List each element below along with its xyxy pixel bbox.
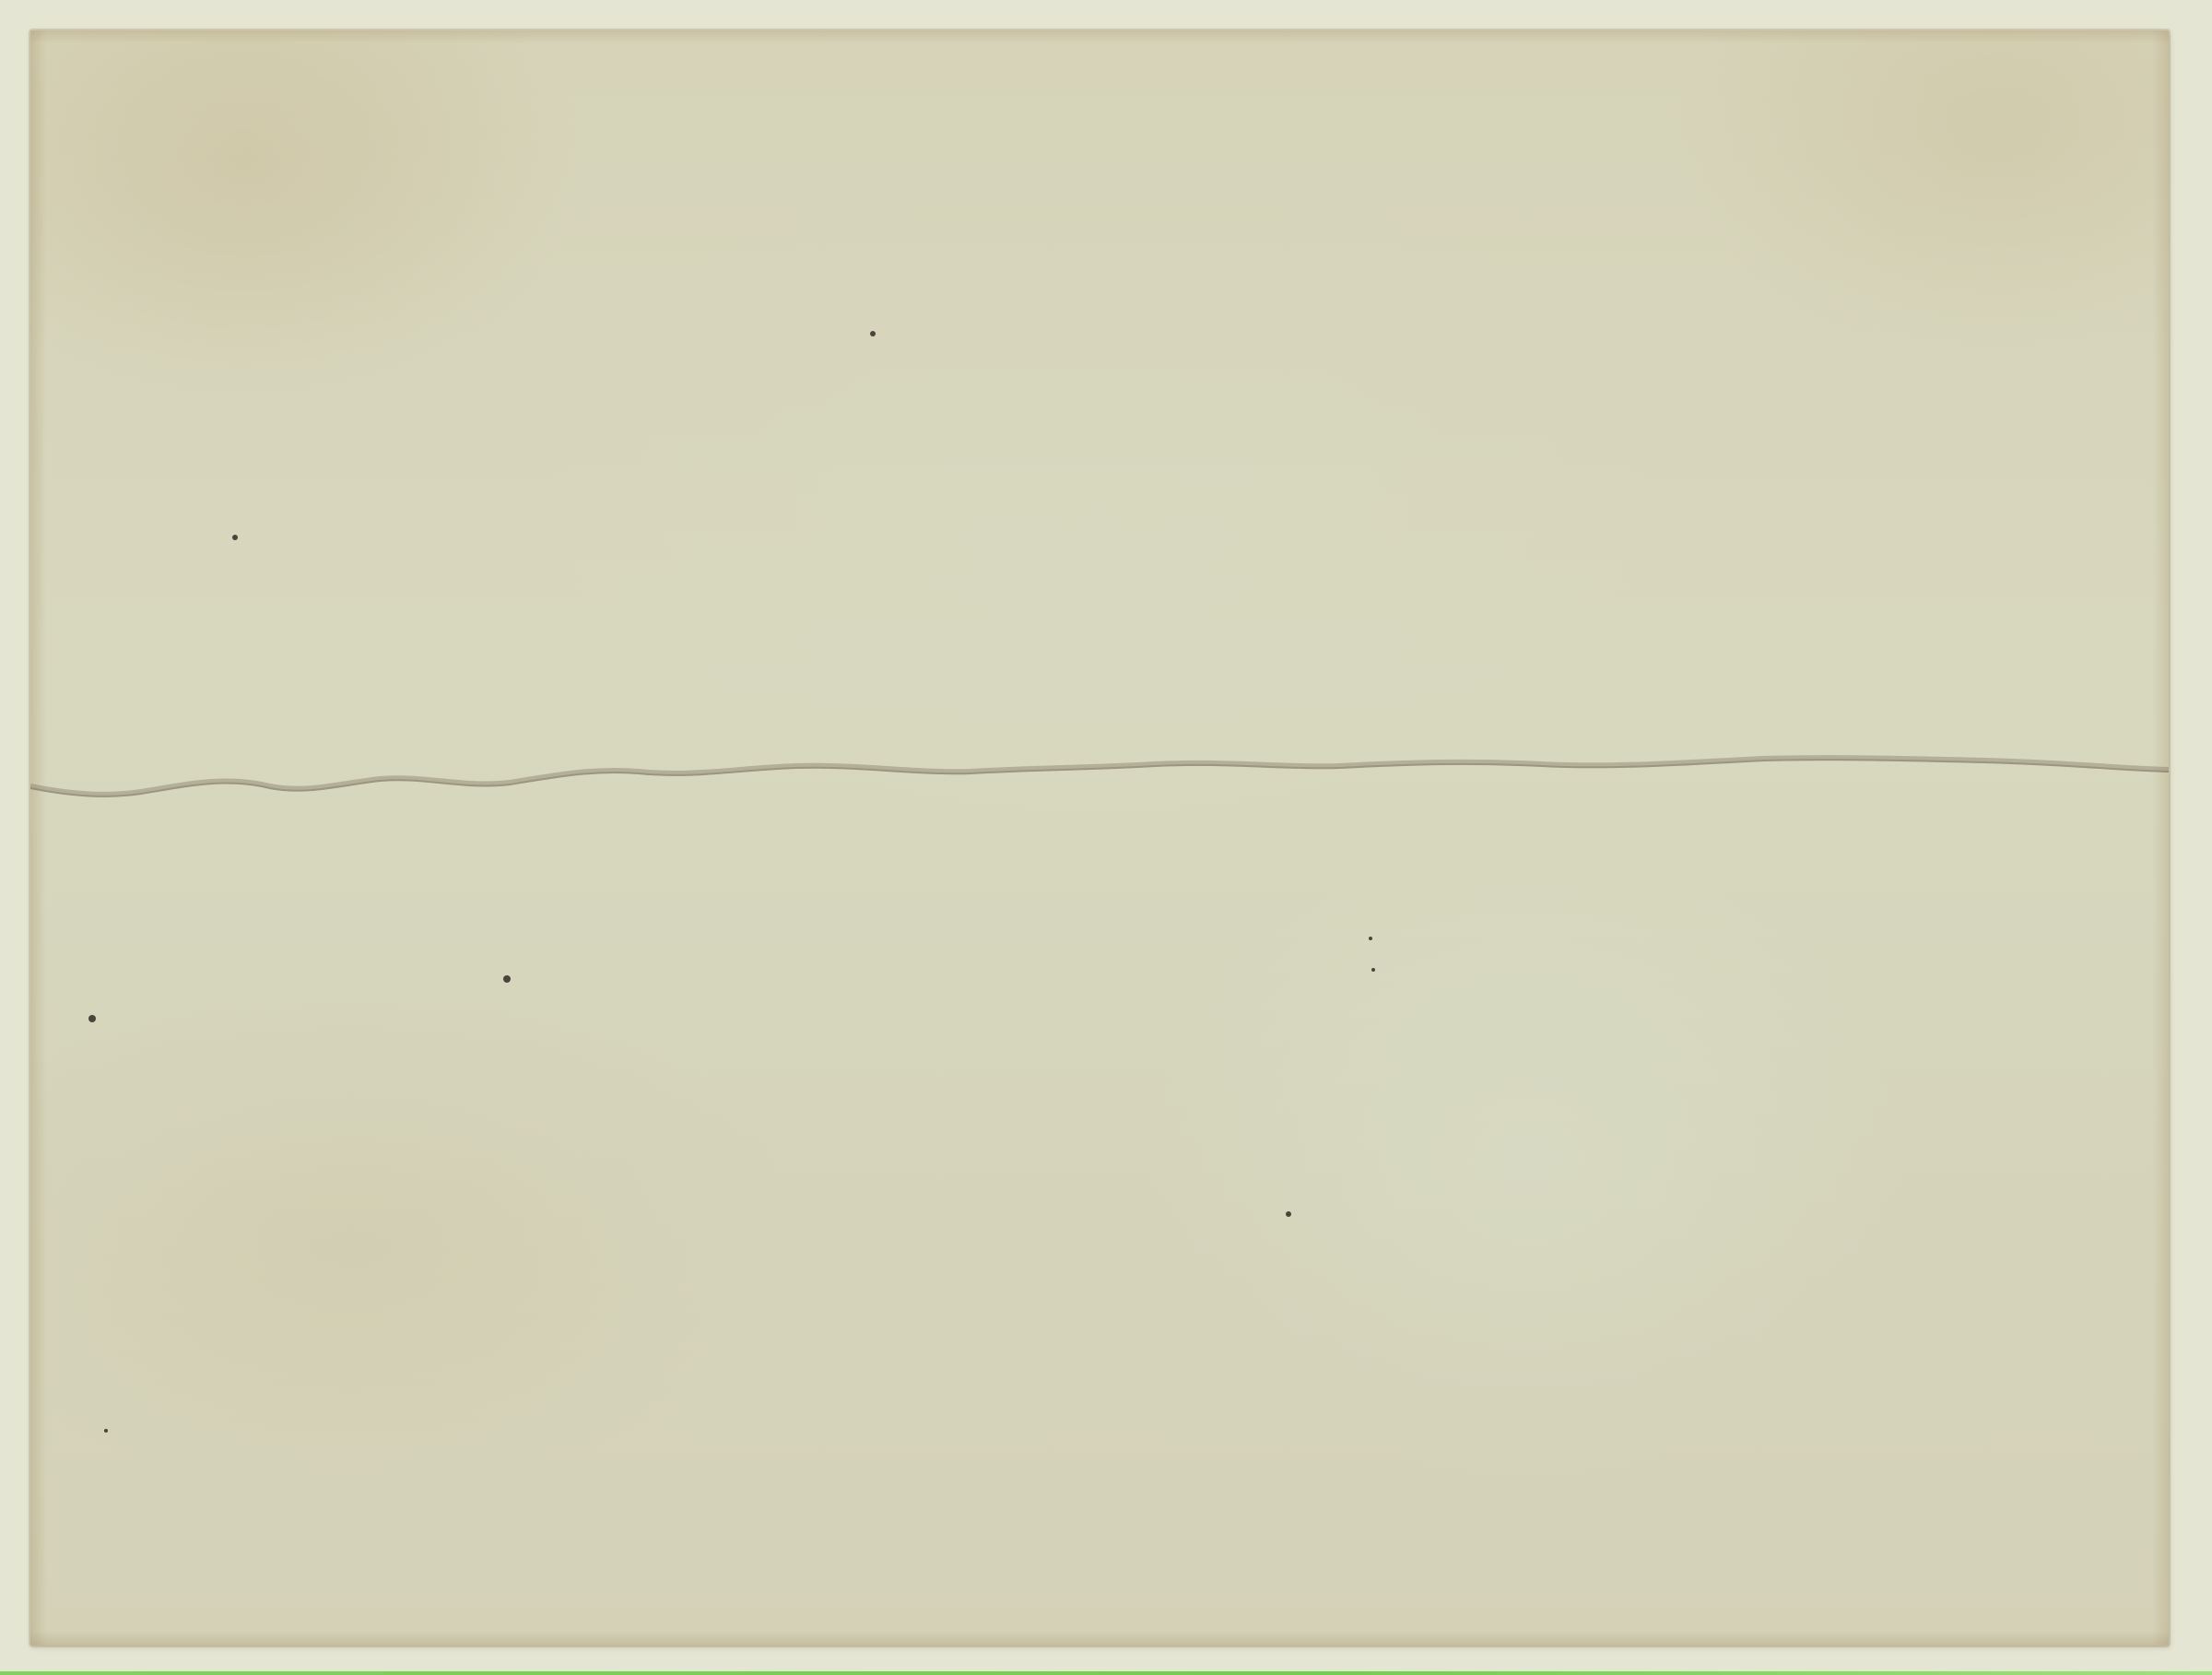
speck	[1371, 968, 1375, 972]
speck	[503, 975, 511, 983]
speck	[1286, 1211, 1291, 1217]
speck	[870, 331, 876, 336]
bottom-edge-band	[0, 1671, 2212, 1675]
speck	[1369, 937, 1372, 940]
speck	[88, 1015, 96, 1022]
speck	[232, 535, 238, 540]
speck	[104, 1429, 108, 1433]
mat-background	[0, 0, 2212, 1675]
aged-paper-sheet	[30, 30, 2169, 1646]
fold-crease	[30, 30, 2169, 1646]
